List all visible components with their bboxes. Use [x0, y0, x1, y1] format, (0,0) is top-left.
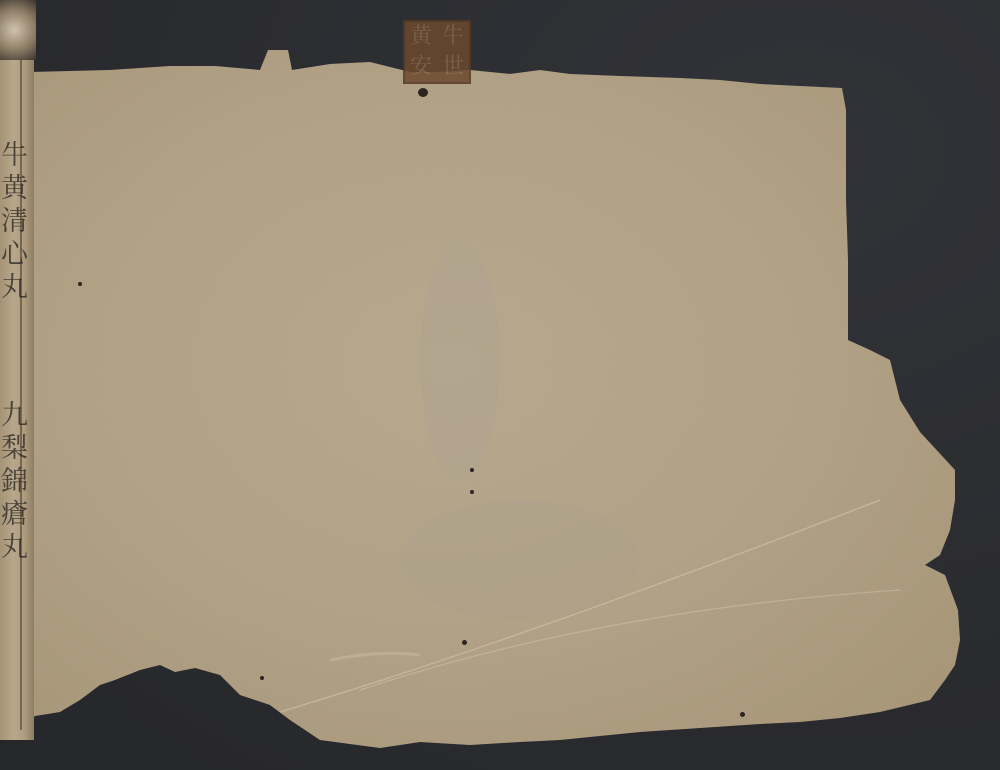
library-seal-stamp: 黄 牛 安 世 — [403, 20, 471, 84]
ink-spot — [78, 282, 82, 286]
binding-thread — [0, 0, 36, 60]
ink-spot — [470, 490, 474, 494]
seal-char: 安 — [405, 52, 437, 82]
ink-spot — [740, 712, 745, 717]
spine-title-bottom: 九梨錦瘡丸 — [0, 400, 22, 565]
seal-char: 世 — [437, 52, 469, 82]
seal-char: 黄 — [405, 22, 437, 52]
ink-spot — [470, 468, 474, 472]
manuscript-page — [0, 0, 1000, 770]
photo-scene: 牛黄清心丸 九梨錦瘡丸 黄 牛 安 世 — [0, 0, 1000, 770]
book-binding-strip — [0, 0, 34, 740]
ink-spot — [260, 676, 264, 680]
ink-spot — [462, 640, 467, 645]
spine-title-top: 牛黄清心丸 — [0, 140, 22, 305]
ink-spot — [418, 88, 428, 97]
seal-char: 牛 — [437, 22, 469, 52]
